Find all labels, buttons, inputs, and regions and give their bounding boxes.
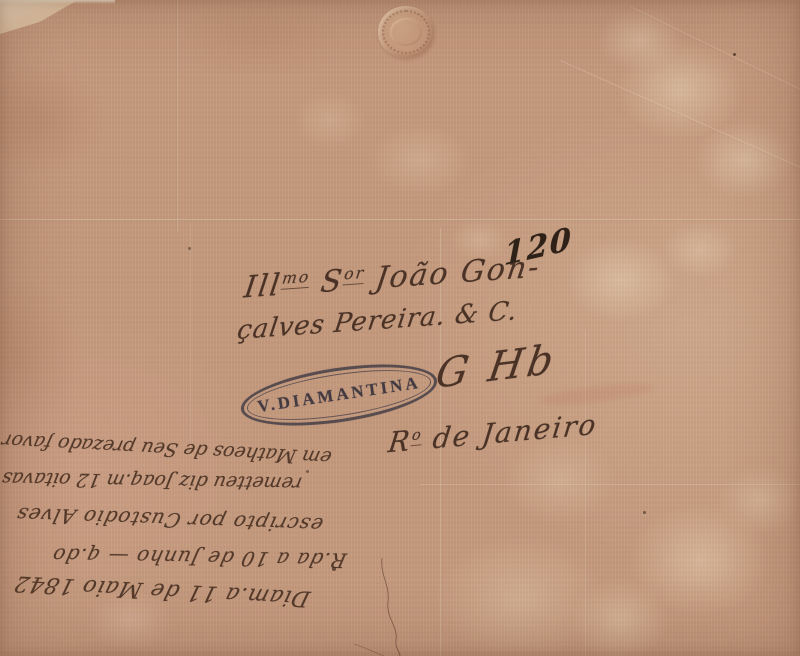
scan-vignette <box>0 0 800 656</box>
letter-cover-scan: 120 Illmo Sor João Gon- çalves Pereira. … <box>0 0 800 656</box>
